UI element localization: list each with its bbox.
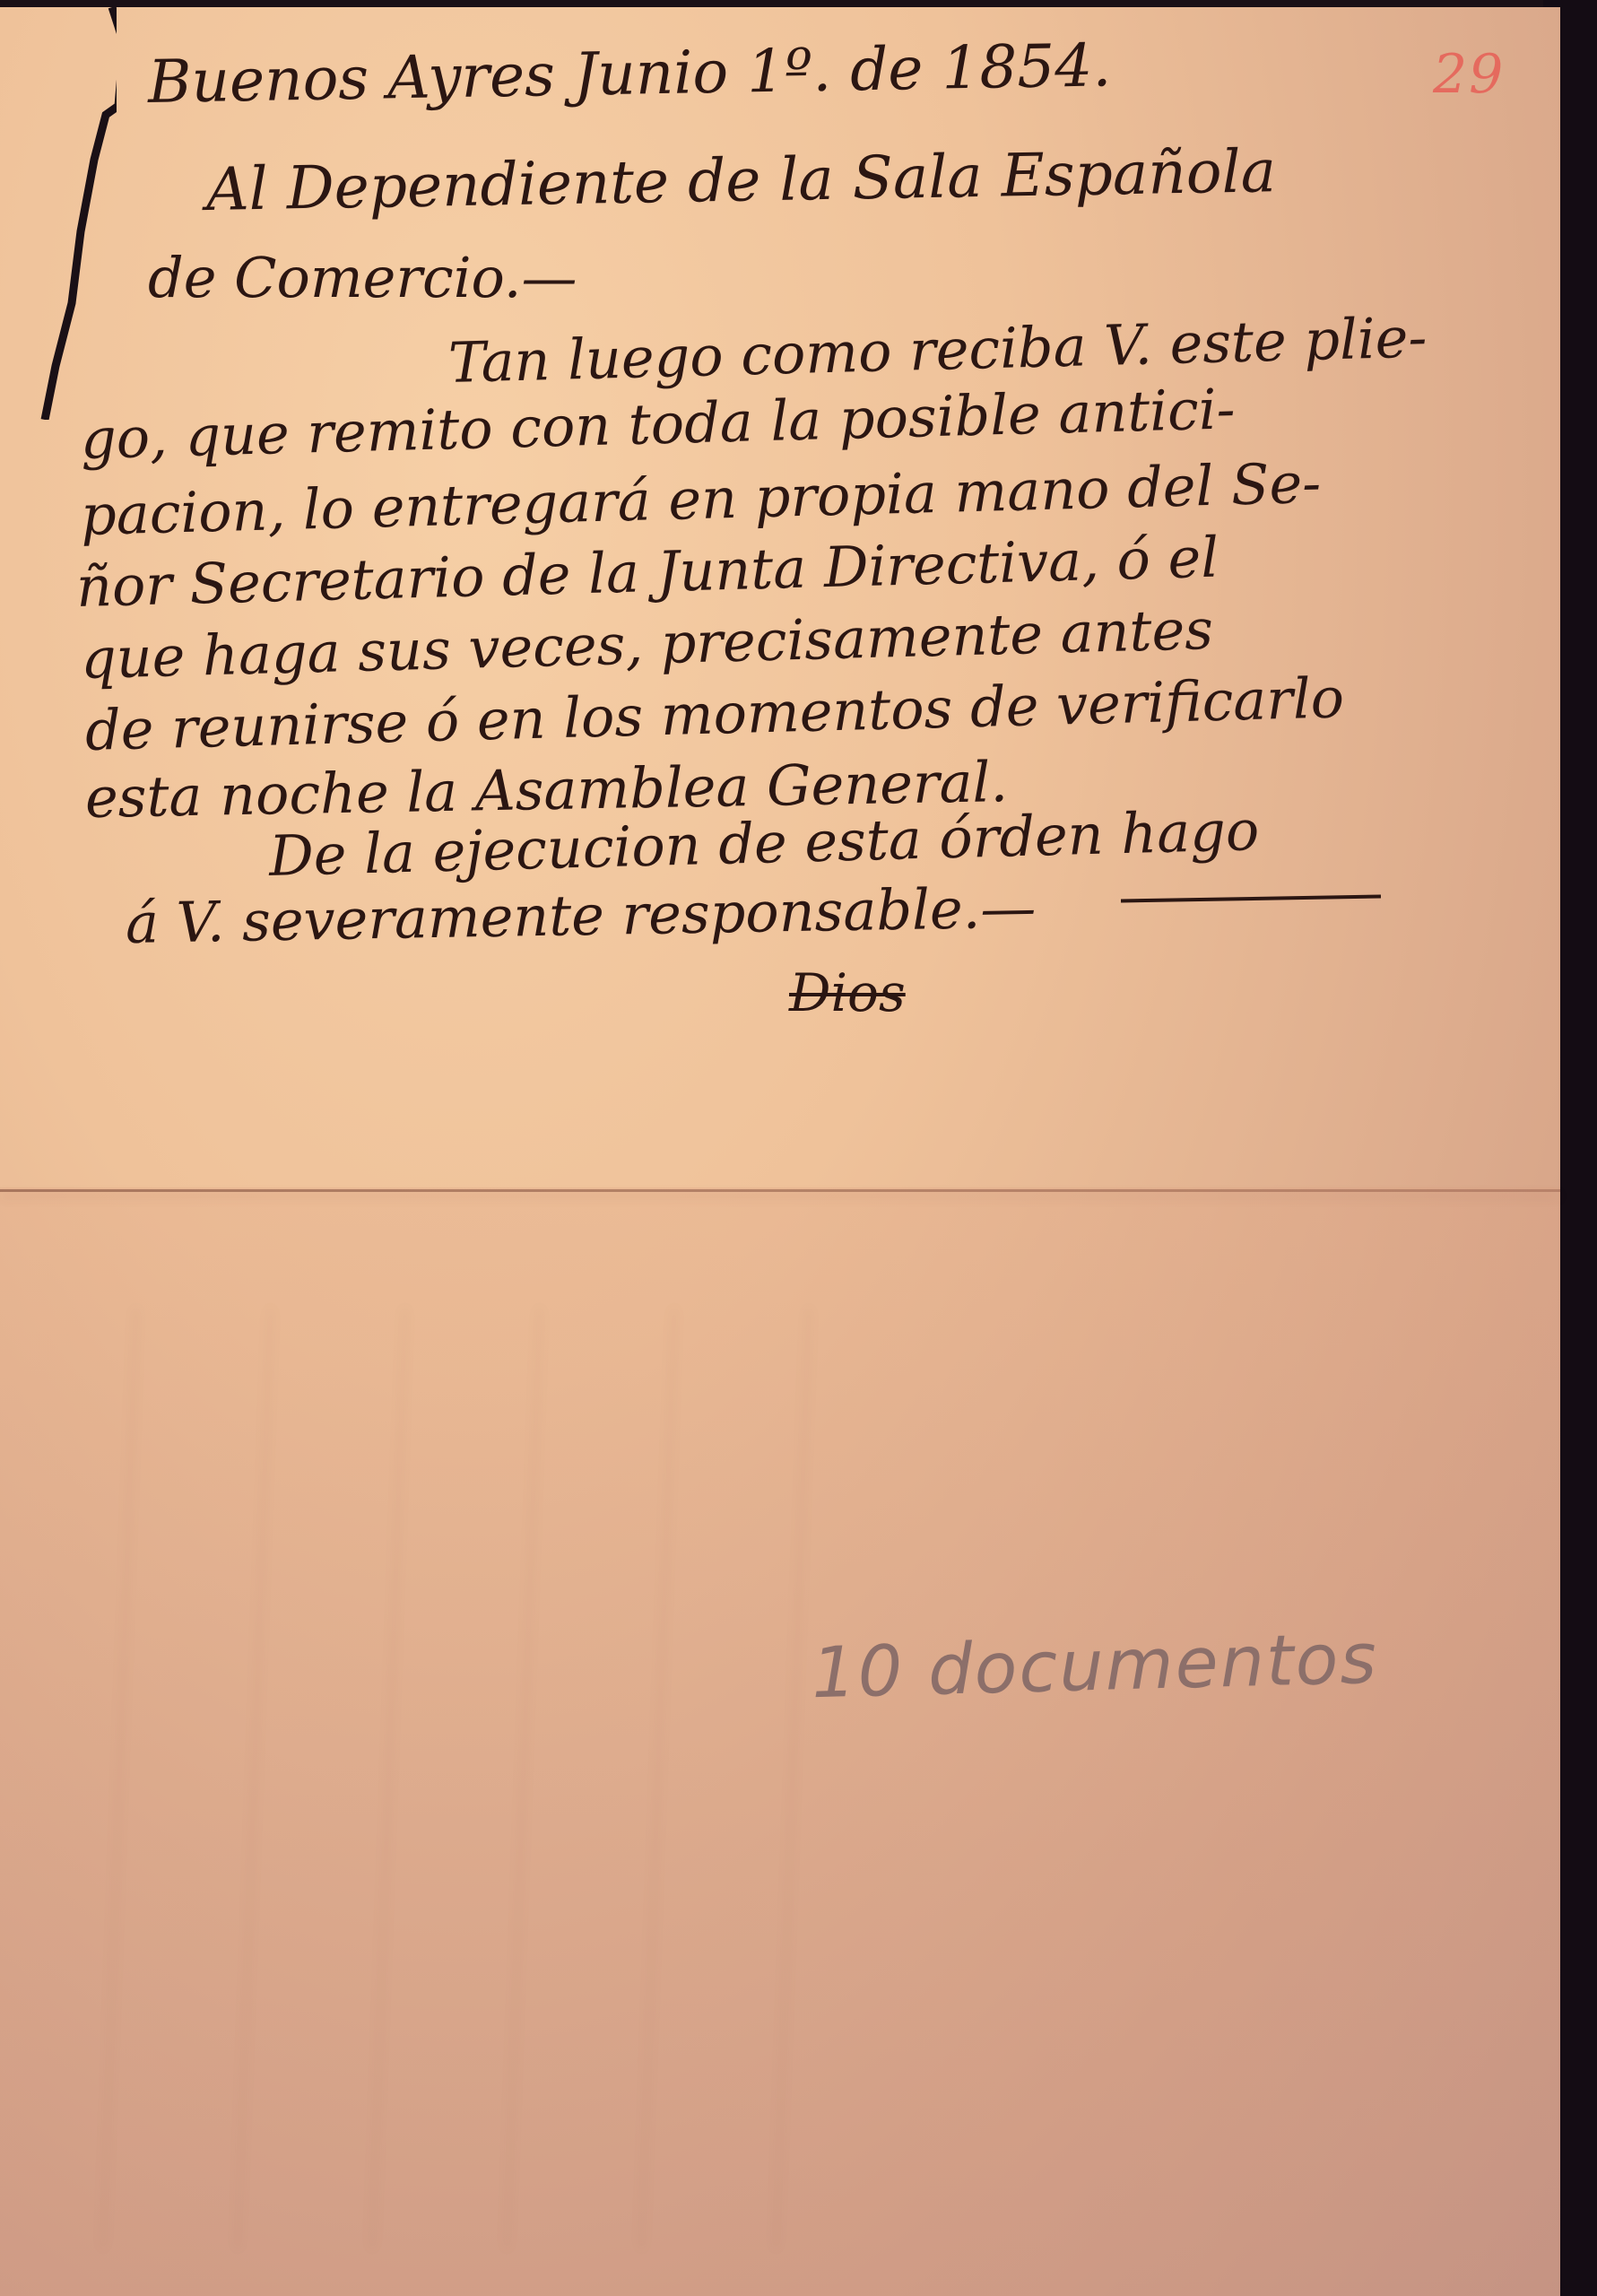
struck-word: Dios bbox=[789, 962, 906, 1023]
letter-dateline: Buenos Ayres Junio 1º. de 1854. bbox=[147, 30, 1112, 117]
letter-addressee: Al Dependiente de la Sala Española bbox=[205, 136, 1276, 224]
letter-addressee-cont: de Comercio.— bbox=[148, 245, 577, 310]
folio-number: 29 bbox=[1433, 43, 1505, 106]
pencil-annotation: 10 documentos bbox=[811, 1619, 1379, 1715]
letter-body-line: Tan luego como reciba V. este plie- bbox=[447, 304, 1428, 396]
closing-flourish-line bbox=[1121, 894, 1381, 902]
letter-closing-line: á V. severamente responsable.— bbox=[125, 874, 1036, 956]
ink-bleed-through bbox=[54, 1308, 861, 2249]
fold-crease bbox=[0, 1189, 1560, 1192]
letter-sheet: 29 Buenos Ayres Junio 1º. de 1854. Al De… bbox=[0, 7, 1560, 2296]
paper-tear bbox=[0, 7, 117, 420]
